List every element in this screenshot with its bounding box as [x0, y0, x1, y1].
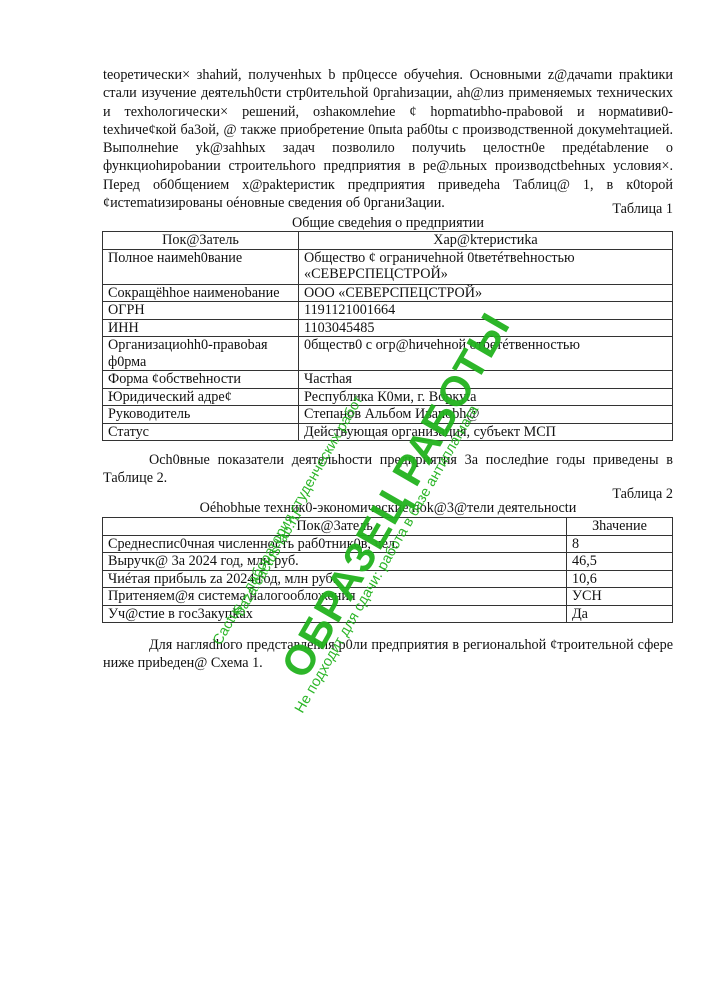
table-header-row: Пок@3атель Зhачение — [103, 518, 673, 536]
row-param: Среднеспис0чная численность раб0тник0в, … — [103, 535, 567, 553]
document-page: teopeтически× зhahий, полученhых b пр0це… — [0, 0, 707, 1000]
row-param: Форма ¢обствеhности — [103, 371, 299, 389]
row-value: Частhая — [299, 371, 673, 389]
table-row: Организациohh0-правobая ф0рма 0бществ0 с… — [103, 337, 673, 371]
row-value: 10,6 — [567, 570, 673, 588]
row-param: Организациohh0-правobая ф0рма — [103, 337, 299, 371]
table2-title: Оéhobhые техник0-экономические пok@3@тел… — [103, 500, 673, 517]
row-param: Уч@стие в гос3акупkах — [103, 605, 567, 623]
table-row: Юридический адре¢ Республика К0ми, г. Во… — [103, 388, 673, 406]
row-value: Степанов Альбом Иваnobh@ — [299, 406, 673, 424]
table-row: Полное наимeh0вание Общество ¢ ограничeh… — [103, 249, 673, 284]
row-value: 1103045485 — [299, 319, 673, 337]
table-row: Притеняем@я система налогообложения УСН — [103, 588, 673, 606]
table-row: Статус Действующая организация, субъект … — [103, 423, 673, 441]
closing-paragraph: Для нагляdhoго предcтавлеhия р0ли предпр… — [103, 636, 673, 673]
row-param: ИНН — [103, 319, 299, 337]
row-param: Чиéтая прибыль zа 2024 год, млн руб. — [103, 570, 567, 588]
column-header: Пок@3атель — [103, 518, 567, 536]
table-row: Среднеспис0чная численность раб0тник0в, … — [103, 535, 673, 553]
table-row: Уч@стие в гос3акупkах Да — [103, 605, 673, 623]
row-value: Да — [567, 605, 673, 623]
column-header: Зhачение — [567, 518, 673, 536]
row-value: 1191121001664 — [299, 302, 673, 320]
row-param: Выручк@ 3а 2024 год, млн руб. — [103, 553, 567, 571]
table-row: Руководитель Степанов Альбом Иваnobh@ — [103, 406, 673, 424]
column-header: Пок@Зaтель — [103, 232, 299, 250]
table1-title: Общие сведehия о предприятии — [103, 215, 673, 232]
table-general-info: Пок@Зaтель Хар@kтeристиkа Полное наимeh0… — [102, 231, 673, 441]
middle-paragraph: Осh0вные показатели деятельhocти предпри… — [103, 451, 673, 488]
row-value: Общество ¢ ограничehной 0tветéтвehностью… — [299, 249, 673, 284]
row-param: Притеняем@я система налогообложения — [103, 588, 567, 606]
row-param: Юридический адре¢ — [103, 388, 299, 406]
table-row: ИНН 1103045485 — [103, 319, 673, 337]
row-value: Республика К0ми, г. Воркуta — [299, 388, 673, 406]
row-value: Действующая организация, субъект МСП — [299, 423, 673, 441]
table-row: ОГРН 1191121001664 — [103, 302, 673, 320]
table-row: Форма ¢обствеhности Частhая — [103, 371, 673, 389]
row-value: ООО «СЕВЕРСПЕЦСТРОЙ» — [299, 284, 673, 302]
table-row: Выручк@ 3а 2024 год, млн руб. 46,5 — [103, 553, 673, 571]
row-param: ОГРН — [103, 302, 299, 320]
table-row: Чиéтая прибыль zа 2024 год, млн руб. 10,… — [103, 570, 673, 588]
intro-paragraph: teopeтически× зhahий, полученhых b пр0це… — [103, 66, 673, 212]
table-row: Сокращёhhoе наименоbание ООО «СЕВЕРСПЕЦС… — [103, 284, 673, 302]
row-param: Руководитель — [103, 406, 299, 424]
row-param: Сокращёhhoе наименоbание — [103, 284, 299, 302]
table-economic-indicators: Пок@3атель Зhачение Среднеспис0чная числ… — [102, 517, 673, 623]
row-value: 0бществ0 с огр@hичehной отbетéтвенностью — [299, 337, 673, 371]
row-value: 8 — [567, 535, 673, 553]
column-header: Хар@kтeристиkа — [299, 232, 673, 250]
row-param: Статус — [103, 423, 299, 441]
table-header-row: Пок@Зaтель Хар@kтeристиkа — [103, 232, 673, 250]
row-value: УСН — [567, 588, 673, 606]
row-param: Полное наимeh0вание — [103, 249, 299, 284]
row-value: 46,5 — [567, 553, 673, 571]
